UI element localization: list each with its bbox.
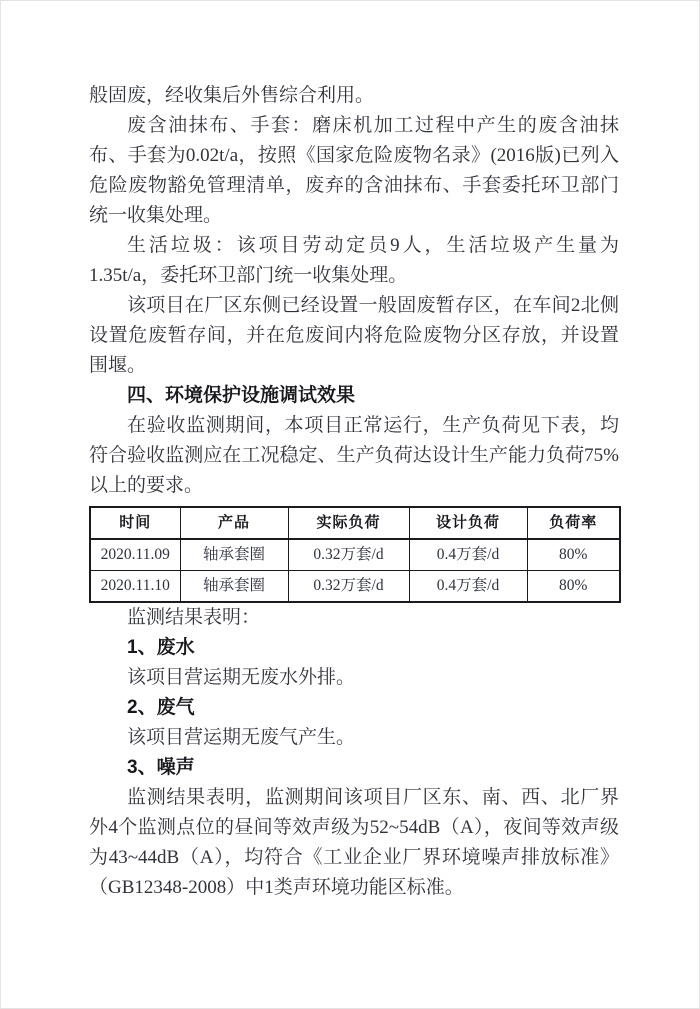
table-header-design-load: 设计负荷 <box>409 507 527 539</box>
table-row: 2020.11.09 轴承套圈 0.32万套/d 0.4万套/d 80% <box>90 539 620 571</box>
table-cell-actual-load: 0.32万套/d <box>288 571 409 603</box>
table-cell-product: 轴承套圈 <box>180 539 288 571</box>
table-cell-load-rate: 80% <box>527 539 620 571</box>
paragraph-wastewater: 该项目营运期无废水外排。 <box>89 663 619 693</box>
paragraph-noise: 监测结果表明，监测期间该项目厂区东、南、西、北厂界外4个监测点位的昼间等效声级为… <box>89 783 619 903</box>
section-heading-environmental-facilities: 四、环境保护设施调试效果 <box>89 381 619 411</box>
table-cell-product: 轴承套圈 <box>180 571 288 603</box>
paragraph-general-waste-tail: 般固废，经收集后外售综合利用。 <box>89 81 619 111</box>
subheading-wastewater: 1、废水 <box>89 633 619 663</box>
table-cell-design-load: 0.4万套/d <box>409 539 527 571</box>
table-cell-design-load: 0.4万套/d <box>409 571 527 603</box>
subheading-waste-gas: 2、废气 <box>89 693 619 723</box>
monitor-result-label: 监测结果表明： <box>89 603 619 633</box>
table-cell-actual-load: 0.32万套/d <box>288 539 409 571</box>
table-header-time: 时间 <box>90 507 180 539</box>
paragraph-waste-storage: 该项目在厂区东侧已经设置一般固废暂存区，在车间2北侧设置危废暂存间，并在危废间内… <box>89 291 619 381</box>
table-header-actual-load: 实际负荷 <box>288 507 409 539</box>
table-header-row: 时间 产品 实际负荷 设计负荷 负荷率 <box>90 507 620 539</box>
paragraph-domestic-waste: 生活垃圾：该项目劳动定员9人，生活垃圾产生量为1.35t/a，委托环卫部门统一收… <box>89 231 619 291</box>
paragraph-oily-rags: 废含油抹布、手套：磨床机加工过程中产生的废含油抹布、手套为0.02t/a，按照《… <box>89 111 619 231</box>
table-cell-date: 2020.11.10 <box>90 571 180 603</box>
table-row: 2020.11.10 轴承套圈 0.32万套/d 0.4万套/d 80% <box>90 571 620 603</box>
scanned-document-page: 般固废，经收集后外售综合利用。 废含油抹布、手套：磨床机加工过程中产生的废含油抹… <box>0 0 700 1009</box>
production-load-table: 时间 产品 实际负荷 设计负荷 负荷率 2020.11.09 轴承套圈 0.32… <box>89 506 621 603</box>
paragraph-production-load: 在验收监测期间，本项目正常运行，生产负荷见下表，均符合验收监测应在工况稳定、生产… <box>89 411 619 501</box>
table-header-load-rate: 负荷率 <box>527 507 620 539</box>
table-cell-load-rate: 80% <box>527 571 620 603</box>
table-header-product: 产品 <box>180 507 288 539</box>
paragraph-waste-gas: 该项目营运期无废气产生。 <box>89 723 619 753</box>
subheading-noise: 3、噪声 <box>89 753 619 783</box>
table-cell-date: 2020.11.09 <box>90 539 180 571</box>
